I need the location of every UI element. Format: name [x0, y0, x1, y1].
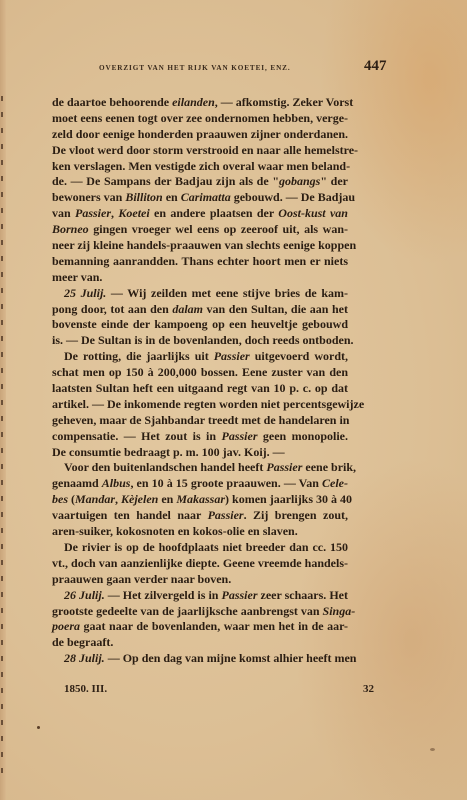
gutter-tick: [1, 352, 3, 357]
gutter-tick: [1, 496, 3, 501]
gutter-tick: [1, 224, 3, 229]
text-run: de. — De Sampans der Badjau zijn als de …: [52, 174, 279, 188]
text-line: artikel. — De inkomende regten worden ni…: [52, 397, 348, 413]
gutter-tick: [1, 528, 3, 533]
gutter-tick: [1, 608, 3, 613]
gutter-tick: [1, 288, 3, 293]
text-run: aren-suiker, kokosnoten en kokos-olie en…: [52, 524, 298, 538]
gutter-tick: [1, 624, 3, 629]
text-line: pong door, tot aan den dalam van den Sul…: [52, 302, 348, 318]
gutter-tick: [1, 336, 3, 341]
text-run: artikel. — De inkomende regten worden ni…: [52, 397, 364, 411]
text-line: laatsten Sultan heft een uitgaand regt v…: [52, 381, 348, 397]
text-run: bemanning aanrandden. Thans echter hoort…: [52, 254, 348, 268]
text-line: de daartoe behoorende eilanden, — afkoms…: [52, 95, 348, 111]
gutter-tick: [1, 704, 3, 709]
text-line: bovenste einde der kampoeng op een heuve…: [52, 317, 348, 333]
text-run: van den Sultan, die aan het: [203, 302, 348, 316]
text-line: De rivier is op de hoofdplaats niet bree…: [52, 540, 348, 556]
italic-term: gobangs: [279, 174, 320, 188]
text-run: vaartuigen ten handel naar: [52, 508, 208, 522]
text-line: De rotting, die jaarlijks uit Passier ui…: [52, 349, 348, 365]
signature-mark: 1850. III.: [64, 683, 107, 695]
gutter-tick: [1, 176, 3, 181]
text-run: genaamd: [52, 476, 102, 490]
text-run: De vloot werd door storm verstrooid en n…: [52, 143, 358, 157]
gutter-tick: [1, 416, 3, 421]
text-line: bewoners van Billiton en Carimatta gebou…: [52, 190, 348, 206]
text-run: uitgevoerd wordt,: [250, 349, 348, 363]
gutter-tick: [1, 96, 3, 101]
text-run: De rotting, die jaarlijks uit: [64, 349, 214, 363]
gutter-tick: [1, 720, 3, 725]
text-run: pong door, tot aan den: [52, 302, 172, 316]
text-run: De consumtie bedraagt p. m. 100 jav. Koi…: [52, 445, 285, 459]
text-run: , — afkomstig. Zeker Vorst: [215, 95, 353, 109]
gutter-tick: [1, 688, 3, 693]
italic-term: 26 Julij.: [64, 588, 105, 602]
gutter-tick: [1, 400, 3, 405]
text-line: bes (Mandar, Kèjelen en Makassar) komen …: [52, 492, 348, 508]
italic-term: Borneo: [52, 222, 89, 236]
text-run: Voor den buitenlandschen handel heeft: [64, 460, 266, 474]
text-run: zeer schaars. Het: [258, 588, 348, 602]
text-run: compensatie. — Het zout is in: [52, 429, 221, 443]
text-line: is. — De Sultan is in de bovenlanden, do…: [52, 333, 348, 349]
text-line: poera gaat naar de bovenlanden, waar men…: [52, 619, 348, 635]
text-run: gaat naar de bovenlanden, waar men het i…: [80, 619, 348, 633]
text-line: Voor den buitenlandschen handel heeft Pa…: [52, 460, 348, 476]
gutter-tick: [1, 192, 3, 197]
gutter-tick: [1, 768, 3, 773]
italic-term: Passier: [266, 460, 302, 474]
body-text: de daartoe behoorende eilanden, — afkoms…: [52, 95, 348, 667]
text-line: bemanning aanrandden. Thans echter hoort…: [52, 254, 348, 270]
italic-term: 28 Julij.: [64, 651, 105, 665]
text-run: praauwen gaan verder naar boven.: [52, 572, 231, 586]
text-run: — Het zilvergeld is in: [105, 588, 222, 602]
text-line: zeld door eenige honderden praauwen zijn…: [52, 127, 348, 143]
italic-term: Passier: [221, 429, 257, 443]
italic-term: bes: [52, 492, 68, 506]
text-run: de begraaft.: [52, 635, 113, 649]
gutter-tick: [1, 640, 3, 645]
gutter-tick: [1, 592, 3, 597]
italic-term: Makassar: [176, 492, 225, 506]
text-run: zeld door eenige honderden praauwen zijn…: [52, 127, 348, 141]
gutter-tick: [1, 752, 3, 757]
gutter-tick: [1, 128, 3, 133]
gutter-tick: [1, 112, 3, 117]
gutter-tick: [1, 320, 3, 325]
text-run: en: [158, 492, 176, 506]
gutter-tick: [1, 480, 3, 485]
text-run: De rivier is op de hoofdplaats niet bree…: [64, 540, 348, 554]
text-run: geheven, maar de Sjahbandar treedt met d…: [52, 413, 349, 427]
paper-stain: [430, 748, 435, 751]
text-run: meer van.: [52, 270, 102, 284]
gutter-tick: [1, 208, 3, 213]
text-run: — Op den dag van mijne komst alhier heef…: [105, 651, 357, 665]
italic-term: 25 Julij.: [64, 286, 106, 300]
text-line: de. — De Sampans der Badjau zijn als de …: [52, 174, 348, 190]
gutter-tick: [1, 240, 3, 245]
text-run: de daartoe behoorende: [52, 95, 172, 109]
italic-term: Mandar: [75, 492, 115, 506]
italic-term: Kèjelen: [121, 492, 158, 506]
text-run: — Wij zeilden met eene stijve bries de k…: [106, 286, 348, 300]
italic-term: Cele-: [322, 476, 348, 490]
text-line: 28 Julij. — Op den dag van mijne komst a…: [52, 651, 348, 667]
text-run: " der: [320, 174, 348, 188]
text-run: (: [68, 492, 75, 506]
text-run: gebouwd. — De Badjau: [231, 190, 355, 204]
text-line: vt., doch van aanzienlijke diepte. Geene…: [52, 556, 348, 572]
text-line: grootste gedeelte van de jaarlijksche aa…: [52, 604, 348, 620]
gutter-tick: [1, 368, 3, 373]
gutter-tick: [1, 304, 3, 309]
book-page: Overzigt van het Rijk van Koetei, enz. 4…: [0, 0, 467, 800]
text-line: geheven, maar de Sjahbandar treedt met d…: [52, 413, 348, 429]
text-line: aren-suiker, kokosnoten en kokos-olie en…: [52, 524, 348, 540]
text-line: van Passier, Koetei en andere plaatsen d…: [52, 206, 348, 222]
text-line: De consumtie bedraagt p. m. 100 jav. Koi…: [52, 445, 348, 461]
gutter-tick: [1, 736, 3, 741]
italic-term: Billiton: [125, 190, 162, 204]
text-line: Borneo gingen vroeger wel eens op zeeroo…: [52, 222, 348, 238]
italic-term: dalam: [172, 302, 203, 316]
text-run: eene brik,: [302, 460, 356, 474]
gutter-tick: [1, 576, 3, 581]
text-line: 25 Julij. — Wij zeilden met eene stijve …: [52, 286, 348, 302]
text-line: schat men op 150 à 200,000 bossen. Eene …: [52, 365, 348, 381]
paper-speck: [37, 726, 40, 729]
signature-number: 32: [363, 683, 374, 695]
italic-term: Koetei: [118, 206, 149, 220]
text-line: vaartuigen ten handel naar Passier. Zij …: [52, 508, 348, 524]
text-line: de begraaft.: [52, 635, 348, 651]
italic-term: Passier: [222, 588, 258, 602]
text-run: , en 10 à 15 groote praauwen. — Van: [130, 476, 322, 490]
running-head: Overzigt van het Rijk van Koetei, enz.: [99, 64, 399, 72]
text-line: 26 Julij. — Het zilvergeld is in Passier…: [52, 588, 348, 604]
text-line: compensatie. — Het zout is in Passier ge…: [52, 429, 348, 445]
italic-term: eilanden: [172, 95, 215, 109]
text-run: is. — De Sultan is in de bovenlanden, do…: [52, 333, 354, 347]
gutter-tick: [1, 384, 3, 389]
italic-term: Albus: [102, 476, 131, 490]
italic-term: Singa-: [323, 604, 356, 618]
text-run: ken verslagen. Men vestigde zich overal …: [52, 159, 350, 173]
gutter-tick: [1, 448, 3, 453]
text-run: bovenste einde der kampoeng op een heuve…: [52, 317, 348, 331]
text-line: moet eens eenen togt over zee ondernomen…: [52, 111, 348, 127]
text-run: en: [163, 190, 181, 204]
text-run: en andere plaatsen der: [150, 206, 279, 220]
text-run: geen monopolie.: [257, 429, 348, 443]
text-run: bewoners van: [52, 190, 125, 204]
gutter-tick: [1, 160, 3, 165]
text-line: ken verslagen. Men vestigde zich overal …: [52, 159, 348, 175]
italic-term: Carimatta: [181, 190, 231, 204]
text-run: grootste gedeelte van de jaarlijksche aa…: [52, 604, 323, 618]
text-run: vt., doch van aanzienlijke diepte. Geene…: [52, 556, 348, 570]
gutter-tick: [1, 432, 3, 437]
text-line: praauwen gaan verder naar boven.: [52, 572, 348, 588]
gutter-tick: [1, 256, 3, 261]
text-line: neer zij kleine handels-praauwen van sle…: [52, 238, 348, 254]
italic-term: Passier: [208, 508, 244, 522]
italic-term: Oost-kust van: [278, 206, 348, 220]
gutter-tick: [1, 544, 3, 549]
text-run: ) komen jaarlijks 30 à 40: [225, 492, 352, 506]
text-run: laatsten Sultan heft een uitgaand regt v…: [52, 381, 348, 395]
text-run: schat men op 150 à 200,000 bossen. Eene …: [52, 365, 348, 379]
gutter-tick: [1, 512, 3, 517]
text-run: . Zij brengen zout,: [244, 508, 348, 522]
text-run: neer zij kleine handels-praauwen van sle…: [52, 238, 356, 252]
gutter-tick: [1, 144, 3, 149]
gutter-tick: [1, 464, 3, 469]
italic-term: poera: [52, 619, 80, 633]
text-line: genaamd Albus, en 10 à 15 groote praauwe…: [52, 476, 348, 492]
italic-term: Passier: [75, 206, 111, 220]
page-number: 447: [364, 58, 387, 75]
gutter-tick: [1, 672, 3, 677]
gutter-tick: [1, 272, 3, 277]
text-line: meer van.: [52, 270, 348, 286]
text-run: moet eens eenen togt over zee ondernomen…: [52, 111, 348, 125]
text-run: gingen vroeger wel eens op zeeroof uit, …: [89, 222, 348, 236]
text-line: De vloot werd door storm verstrooid en n…: [52, 143, 348, 159]
italic-term: Passier: [214, 349, 250, 363]
gutter-tick: [1, 560, 3, 565]
text-run: van: [52, 206, 75, 220]
gutter-tick: [1, 656, 3, 661]
